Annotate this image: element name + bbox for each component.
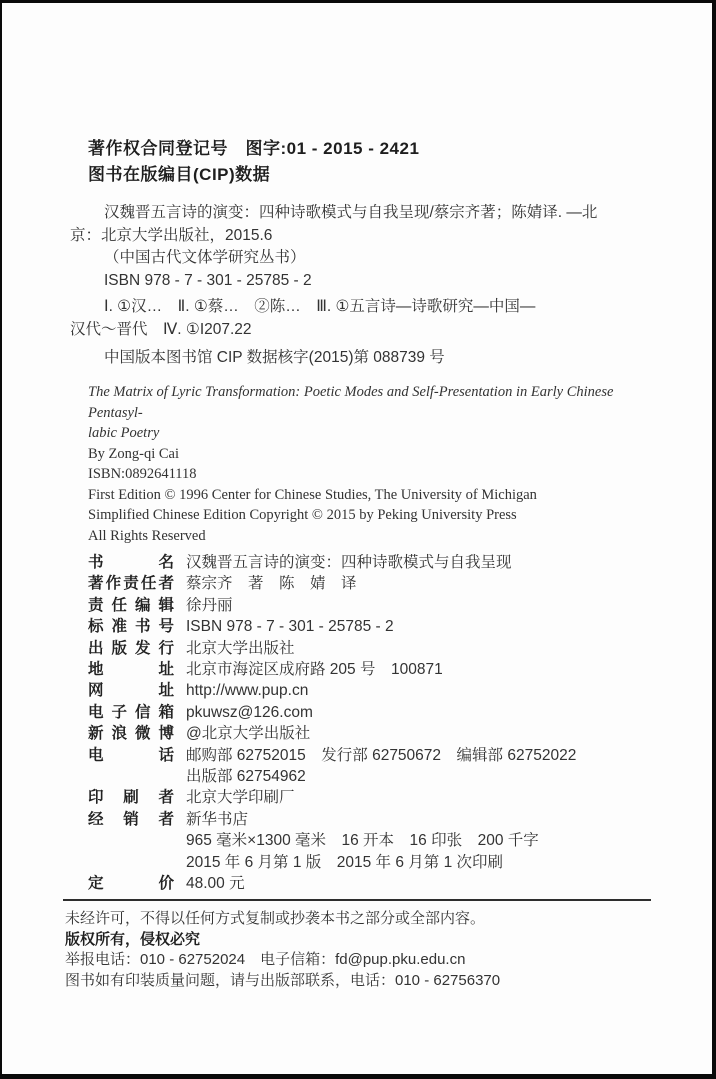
first-edition-copyright: First Edition © 1996 Center for Chinese … (88, 485, 663, 506)
colophon-row-email: 电子信箱 pkuwsz@126.com (88, 702, 678, 723)
colophon-row-authors: 著作责任者 蔡宗齐 著 陈 婧 译 (88, 573, 678, 594)
cip-classification-line2: 汉代～晋代 Ⅳ. ①I207.22 (70, 319, 670, 342)
row-label: 印刷者 (88, 787, 174, 808)
cip-data-block: 汉魏晋五言诗的演变：四种诗歌模式与自我呈现/蔡宗齐著；陈婧译. —北 京：北京大… (70, 202, 670, 370)
row-label: 电子信箱 (88, 702, 174, 723)
colophon-row-format: 965 毫米×1300 毫米 16 开本 16 印张 200 千字 (88, 830, 678, 851)
legal-footer: 未经许可，不得以任何方式复制或抄袭本书之部分或全部内容。 版权所有，侵权必究 举… (65, 909, 665, 991)
row-value: 48.00 元 (186, 873, 245, 894)
cip-classification-line1: Ⅰ. ①汉… Ⅱ. ①蔡… ②陈… Ⅲ. ①五言诗—诗歌研究—中国— (70, 296, 670, 319)
row-label: 网址 (88, 680, 174, 701)
colophon-table: 书名 汉魏晋五言诗的演变：四种诗歌模式与自我呈现 著作责任者 蔡宗齐 著 陈 婧… (88, 552, 678, 895)
colophon-row-price: 定价 48.00 元 (88, 873, 678, 894)
row-value: 北京大学印刷厂 (186, 787, 295, 808)
row-label: 责任编辑 (88, 595, 174, 616)
colophon-row-editor: 责任编辑 徐丹丽 (88, 595, 678, 616)
english-author: By Zong-qi Cai (88, 444, 663, 465)
row-value: 邮购部 62752015 发行部 62750672 编辑部 62752022 (186, 745, 576, 766)
row-label (88, 852, 174, 873)
scan-edge-right (712, 0, 716, 1079)
row-label: 著作责任者 (88, 573, 174, 594)
all-rights-reserved: All Rights Reserved (88, 526, 663, 547)
row-label: 新浪微博 (88, 723, 174, 744)
report-contact-line: 举报电话：010 - 62752024 电子信箱：fd@pup.pku.edu.… (65, 950, 665, 971)
cip-isbn: ISBN 978 - 7 - 301 - 25785 - 2 (70, 270, 670, 293)
row-value: 徐丹丽 (186, 595, 233, 616)
cip-heading: 图书在版编目(CIP)数据 (88, 162, 419, 188)
copyright-registration-number: 著作权合同登记号 图字:01 - 2015 - 2421 (88, 136, 419, 162)
divider-rule (63, 899, 651, 901)
row-label: 书名 (88, 552, 174, 573)
row-value: ISBN 978 - 7 - 301 - 25785 - 2 (186, 616, 394, 637)
colophon-row-address: 地址 北京市海淀区成府路 205 号 100871 (88, 659, 678, 680)
colophon-row-distributor: 经销者 新华书店 (88, 809, 678, 830)
chinese-edition-copyright: Simplified Chinese Edition Copyright © 2… (88, 505, 663, 526)
row-value: 965 毫米×1300 毫米 16 开本 16 印张 200 千字 (186, 830, 539, 851)
colophon-row-weibo: 新浪微博 @北京大学出版社 (88, 723, 678, 744)
cip-series-note: （中国古代文体学研究丛书） (70, 247, 670, 270)
row-value: 新华书店 (186, 809, 248, 830)
row-label: 标准书号 (88, 616, 174, 637)
row-label (88, 766, 174, 787)
row-value: @北京大学出版社 (186, 723, 310, 744)
row-label (88, 830, 174, 851)
english-edition-block: The Matrix of Lyric Transformation: Poet… (88, 382, 663, 546)
english-isbn: ISBN:0892641118 (88, 464, 663, 485)
colophon-row-isbn: 标准书号 ISBN 978 - 7 - 301 - 25785 - 2 (88, 616, 678, 637)
colophon-row-publisher: 出版发行 北京大学出版社 (88, 638, 678, 659)
copyright-page: 著作权合同登记号 图字:01 - 2015 - 2421 图书在版编目(CIP)… (0, 0, 716, 1079)
english-title-line1: The Matrix of Lyric Transformation: Poet… (88, 382, 663, 423)
scan-edge-top (0, 0, 716, 3)
scan-edge-bottom (0, 1074, 716, 1079)
all-rights-reserved-cn: 版权所有，侵权必究 (65, 930, 665, 951)
row-label: 定价 (88, 873, 174, 894)
row-value: 2015 年 6 月第 1 版 2015 年 6 月第 1 次印刷 (186, 852, 503, 873)
row-label: 经销者 (88, 809, 174, 830)
row-label: 出版发行 (88, 638, 174, 659)
row-label: 地址 (88, 659, 174, 680)
row-value: 北京市海淀区成府路 205 号 100871 (186, 659, 443, 680)
scan-edge-left (0, 0, 2, 1079)
row-value: 北京大学出版社 (186, 638, 295, 659)
cip-record-number: 中国版本图书馆 CIP 数据核字(2015)第 088739 号 (70, 347, 670, 370)
row-value: 汉魏晋五言诗的演变：四种诗歌模式与自我呈现 (186, 552, 512, 573)
row-label: 电话 (88, 745, 174, 766)
colophon-row-edition: 2015 年 6 月第 1 版 2015 年 6 月第 1 次印刷 (88, 852, 678, 873)
english-title-line2: labic Poetry (88, 423, 663, 444)
no-copy-notice: 未经许可，不得以任何方式复制或抄袭本书之部分或全部内容。 (65, 909, 665, 930)
row-value: 出版部 62754962 (186, 766, 306, 787)
row-value: 蔡宗齐 著 陈 婧 译 (186, 573, 357, 594)
colophon-row-phone: 电话 邮购部 62752015 发行部 62750672 编辑部 6275202… (88, 745, 678, 766)
row-value: pkuwsz@126.com (186, 702, 313, 723)
registration-block: 著作权合同登记号 图字:01 - 2015 - 2421 图书在版编目(CIP)… (88, 136, 419, 188)
colophon-row-website: 网址 http://www.pup.cn (88, 680, 678, 701)
colophon-row-phone2: 出版部 62754962 (88, 766, 678, 787)
cip-description-line1: 汉魏晋五言诗的演变：四种诗歌模式与自我呈现/蔡宗齐著；陈婧译. —北 (70, 202, 670, 225)
colophon-row-title: 书名 汉魏晋五言诗的演变：四种诗歌模式与自我呈现 (88, 552, 678, 573)
colophon-row-printer: 印刷者 北京大学印刷厂 (88, 787, 678, 808)
quality-contact-line: 图书如有印装质量问题，请与出版部联系，电话：010 - 62756370 (65, 971, 665, 992)
row-value: http://www.pup.cn (186, 680, 308, 701)
cip-description-line2: 京：北京大学出版社，2015.6 (70, 225, 670, 248)
